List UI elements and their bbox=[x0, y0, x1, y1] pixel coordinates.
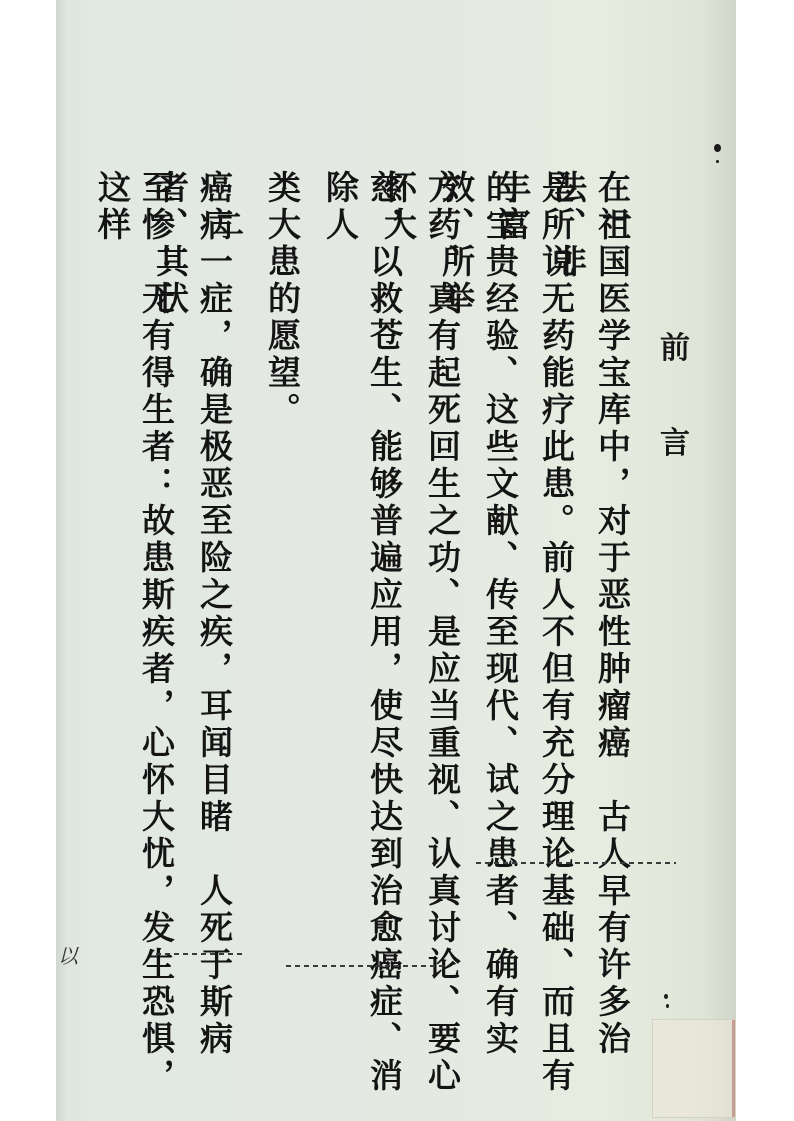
ink-spot bbox=[716, 160, 719, 163]
section-1-column-6: 类大患的愿望。 bbox=[260, 170, 304, 429]
ink-spot bbox=[664, 994, 668, 999]
title-char-1: 前 bbox=[660, 323, 690, 367]
margin-note: 以 bbox=[58, 940, 78, 969]
section-1-column-5: 慈，以救苍生、能够普遍应用，使尽快达到治愈癌症、消除人 bbox=[318, 170, 406, 1121]
scan-artifact-line bbox=[476, 862, 676, 864]
scan-artifact-line bbox=[286, 965, 446, 967]
section-2-column-2: 至惨：无有得生者：故患斯疾者，心怀大忧，发生恐惧，这样 bbox=[90, 170, 178, 1121]
ink-spot bbox=[666, 1004, 669, 1008]
scanned-page: 前 言 一 在祖国医学宝库中，对于恶性肿瘤癌 古人早有许多治法、非 是所说无药能… bbox=[56, 0, 736, 1121]
scan-artifact-line bbox=[156, 953, 246, 955]
ink-spot bbox=[714, 144, 721, 152]
title-char-2: 言 bbox=[660, 418, 690, 462]
library-stamp bbox=[652, 1019, 736, 1118]
